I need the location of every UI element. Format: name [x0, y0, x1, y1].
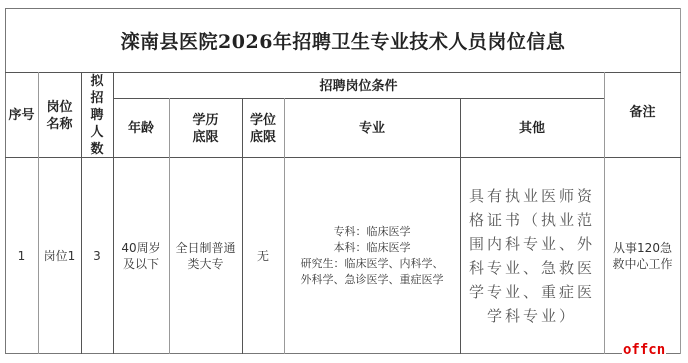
- header-position-name: 岗位名称: [45, 99, 75, 133]
- header-education-cell: 学历底限: [169, 99, 242, 158]
- header-position-name-cell: 岗位名称: [38, 73, 81, 158]
- header-seq: 序号: [5, 73, 38, 158]
- cell-planned-count: 3: [81, 158, 113, 353]
- header-age: 年龄: [113, 99, 169, 158]
- cell-education-wrap: 全日制普通类大专: [169, 158, 242, 353]
- header-planned-count: 拟招聘人数: [90, 73, 104, 158]
- header-conditions-group: 招聘岗位条件: [113, 73, 604, 99]
- cell-remarks: 从事120急救中心工作: [610, 240, 676, 272]
- cell-seq: 1: [5, 158, 38, 353]
- cell-education: 全日制普通类大专: [174, 240, 238, 272]
- cell-degree: 无: [242, 158, 284, 353]
- major-line: 研究生：临床医学、内科学、: [301, 256, 444, 272]
- major-line: 本科：临床医学: [301, 240, 444, 256]
- header-degree-cell: 学位底限: [242, 99, 284, 158]
- header-planned-count-cell: 拟招聘人数: [81, 73, 113, 158]
- header-other: 其他: [460, 99, 604, 158]
- cell-remarks-wrap: 从事120急救中心工作: [604, 158, 681, 353]
- cell-major: 专科：临床医学 本科：临床医学 研究生：临床医学、内科学、 外科学、急诊医学、重…: [284, 158, 460, 353]
- major-line: 专科：临床医学: [301, 224, 444, 240]
- cell-position-name: 岗位1: [38, 158, 81, 353]
- major-line: 外科学、急诊医学、重症医学: [301, 272, 444, 288]
- header-education: 学历底限: [191, 112, 221, 146]
- header-degree: 学位底限: [248, 112, 278, 146]
- cell-age-wrap: 40周岁及以下: [113, 158, 169, 353]
- border-bottom: [5, 353, 681, 354]
- cell-other-wrap: 具有执业医师资格证书（执业范围内科专业、外科专业、急救医学专业、重症医学科专业）: [460, 158, 604, 353]
- offcn-watermark: offcn: [622, 343, 666, 357]
- recruitment-table: 滦南县医院2026年招聘卫生专业技术人员岗位信息 序号 岗位名称 拟招聘人数 招…: [5, 8, 681, 354]
- cell-age: 40周岁及以下: [119, 240, 163, 272]
- header-major: 专业: [284, 99, 460, 158]
- page-title: 滦南县医院2026年招聘卫生专业技术人员岗位信息: [5, 8, 681, 73]
- cell-other: 具有执业医师资格证书（执业范围内科专业、外科专业、急救医学专业、重症医学科专业）: [468, 184, 596, 328]
- header-remarks: 备注: [604, 73, 681, 158]
